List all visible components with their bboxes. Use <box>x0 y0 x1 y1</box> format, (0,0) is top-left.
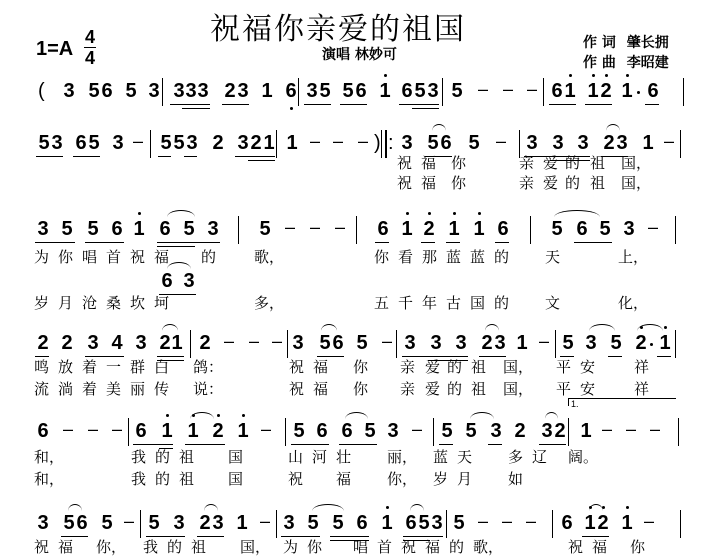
sustain-dash: – <box>249 331 259 352</box>
note: 5 <box>464 420 478 443</box>
note: 2 <box>223 80 237 103</box>
slur <box>589 504 603 511</box>
sustain-dash: – <box>412 419 422 440</box>
lyric-syllable: 年 <box>422 292 437 313</box>
underline-beam <box>248 160 275 161</box>
composer-credit: 作 曲 李昭建 <box>583 52 669 72</box>
barline <box>675 216 676 244</box>
underline-beam <box>235 156 275 157</box>
note: 1 <box>186 420 200 443</box>
note: 2 <box>596 512 610 535</box>
note: 5 <box>86 218 100 241</box>
octave-dot-above <box>626 74 629 77</box>
note: 1 <box>170 332 184 355</box>
key-signature: 1=A <box>36 38 73 61</box>
underline-beam <box>185 444 225 445</box>
note: 5 <box>609 332 623 355</box>
barline <box>683 78 684 106</box>
lyric-syllable: 祝 <box>289 356 304 377</box>
barline <box>140 510 141 538</box>
lyric-syllable: 壮 <box>336 446 351 467</box>
octave-dot-above <box>453 212 456 215</box>
barline <box>356 216 357 244</box>
underline-beam <box>339 444 377 445</box>
note: 3 <box>86 332 100 355</box>
note: 2 <box>480 332 494 355</box>
lyric-syllable: 和， <box>34 446 64 467</box>
lyric-syllable: 的 <box>565 152 580 173</box>
note: 1 <box>378 80 392 103</box>
note: 5 <box>363 420 377 443</box>
time-signature-top: 4 <box>84 28 96 46</box>
barline <box>128 418 129 446</box>
note: 5 <box>440 420 454 443</box>
note: 6 <box>36 420 50 443</box>
lyric-syllable: 的 <box>447 378 462 399</box>
lyric-syllable: 为 <box>34 246 49 267</box>
underline-beam <box>446 242 460 243</box>
barline <box>150 130 151 158</box>
lyric-syllable: 平 <box>556 356 571 377</box>
slur <box>321 324 337 331</box>
sustain-dash: – <box>124 511 134 532</box>
lyric-syllable: 阔。 <box>568 446 598 467</box>
slur <box>162 324 178 331</box>
alt-note: 6 <box>160 270 174 293</box>
note: 3 <box>493 332 507 355</box>
note: 3 <box>584 332 598 355</box>
lyric-syllable: 桑 <box>106 292 121 313</box>
note: 6 <box>134 420 148 443</box>
lyric-syllable: 的 <box>494 292 509 313</box>
lyric-syllable: 你 <box>58 246 73 267</box>
barline <box>442 78 443 106</box>
lyric-syllable: 平 <box>556 378 571 399</box>
barline <box>568 418 569 446</box>
note: 6 <box>331 332 345 355</box>
sustain-dash: – <box>335 217 345 238</box>
octave-dot-above <box>428 212 431 215</box>
octave-dot-above <box>166 414 169 417</box>
lyric-syllable: 岁 <box>433 468 448 489</box>
lyric-syllable: 岁 <box>34 292 49 313</box>
lyric-syllable: 祖 <box>179 446 194 467</box>
note: 5 <box>467 132 481 155</box>
lyric-syllable: 山 <box>288 446 303 467</box>
note: 3 <box>211 512 225 535</box>
lyric-syllable: 福 <box>58 536 73 557</box>
note: 3 <box>454 332 468 355</box>
slur <box>545 412 558 419</box>
song-title: 祝福你亲爱的祖国 <box>210 4 466 48</box>
lyric-syllable: 月 <box>58 292 73 313</box>
sustain-dash: – <box>644 511 654 532</box>
underline-beam <box>158 156 171 157</box>
lyric-syllable: 歌， <box>473 536 503 557</box>
lyric-syllable: 蓝 <box>470 246 485 267</box>
note: 5 <box>306 512 320 535</box>
lyric-syllable: 我 <box>131 446 146 467</box>
note: 5 <box>598 218 612 241</box>
note: 5 <box>182 218 196 241</box>
note: 1 <box>620 80 634 103</box>
note: 3 <box>36 218 50 241</box>
slur <box>485 324 499 331</box>
lyric-syllable: 流 <box>34 378 49 399</box>
barline <box>162 78 163 106</box>
sustain-dash: – <box>539 331 549 352</box>
lyric-syllable: 如 <box>508 468 523 489</box>
note: 3 <box>111 132 125 155</box>
note: 3 <box>147 80 161 103</box>
lyric-syllable: 白 <box>154 356 169 377</box>
sustain-dash: – <box>648 217 658 238</box>
note: 1 <box>515 332 529 355</box>
lyric-syllable: 亲 <box>519 172 534 193</box>
sustain-dash: – <box>88 419 98 440</box>
lyric-syllable: 祝 <box>288 468 303 489</box>
lyric-syllable: 祝 <box>397 152 412 173</box>
lyric-syllable: 你， <box>387 468 417 489</box>
augmentation-dot <box>650 343 653 346</box>
note: 5 <box>172 132 186 155</box>
note: 6 <box>340 420 354 443</box>
lyric-syllable: 放 <box>58 356 73 377</box>
augmentation-dot <box>637 91 640 94</box>
note: 5 <box>37 132 51 155</box>
underline-beam <box>488 444 502 445</box>
lyric-syllable: 和， <box>34 468 64 489</box>
note: 3 <box>426 80 440 103</box>
lyric-syllable: 国， <box>503 378 533 399</box>
lyric-syllable: 着 <box>82 356 97 377</box>
lyric-syllable: 祖 <box>191 536 206 557</box>
barline <box>276 510 277 538</box>
underline-beam <box>340 104 367 105</box>
octave-dot-above <box>478 212 481 215</box>
note: 5 <box>341 80 355 103</box>
note: 6 <box>646 80 660 103</box>
octave-dot-above <box>569 74 572 77</box>
note: 6 <box>376 218 390 241</box>
underline-beam <box>495 242 509 243</box>
note: 3 <box>430 512 444 535</box>
underline-beam <box>291 444 329 445</box>
note: 1 <box>472 218 486 241</box>
lyric-syllable: 鸣 <box>34 356 49 377</box>
lyric-syllable: 千 <box>398 292 413 313</box>
underline-beam <box>36 156 63 157</box>
note: 5 <box>417 512 431 535</box>
underline-beam <box>182 108 210 109</box>
lyric-syllable: 祝 <box>289 378 304 399</box>
lyric-syllable: 的 <box>449 536 464 557</box>
underline-beam <box>412 108 439 109</box>
barline <box>190 330 191 358</box>
note: 1 <box>400 218 414 241</box>
barline <box>555 330 556 358</box>
sustain-dash: – <box>261 419 271 440</box>
note: 1 <box>583 512 597 535</box>
note: 1 <box>586 80 600 103</box>
underline-beam <box>608 356 622 357</box>
octave-dot-above <box>242 414 245 417</box>
lyric-syllable: 天 <box>457 446 472 467</box>
note: 2 <box>422 218 436 241</box>
barline <box>276 130 277 158</box>
note: 6 <box>74 132 88 155</box>
note: 1 <box>235 512 249 535</box>
lyric-syllable: 说： <box>193 378 223 399</box>
slur <box>204 504 218 511</box>
lyric-syllable: 福 <box>336 468 351 489</box>
sustain-dash: – <box>358 131 368 152</box>
underline-beam <box>645 104 659 105</box>
note: 2 <box>211 420 225 443</box>
barline <box>552 510 553 538</box>
underline-beam <box>421 242 435 243</box>
note: 3 <box>386 420 400 443</box>
sustain-dash: – <box>626 419 636 440</box>
lyric-syllable: 多 <box>508 446 523 467</box>
sustain-dash: – <box>285 217 295 238</box>
lyric-syllable: 辽 <box>532 446 547 467</box>
lyric-syllable: 蓝 <box>446 246 461 267</box>
note: 1 <box>160 420 174 443</box>
lyric-syllable: 国， <box>240 536 270 557</box>
sustain-dash: – <box>496 131 506 152</box>
octave-dot-above <box>406 212 409 215</box>
note: 5 <box>60 218 74 241</box>
lyric-syllable: 文 <box>545 292 560 313</box>
underline-beam <box>585 104 612 105</box>
note: 5 <box>355 332 369 355</box>
lyric-syllable: 我 <box>143 536 158 557</box>
lyric-syllable: 的 <box>447 356 462 377</box>
note: 3 <box>185 132 199 155</box>
lyric-syllable: 福 <box>313 378 328 399</box>
lyric-syllable: 亲 <box>400 378 415 399</box>
octave-dot-above <box>386 506 389 509</box>
lyricist-name: 肇长拥 <box>627 35 669 51</box>
lyric-syllable: 五 <box>374 292 389 313</box>
singer-credit: 演唱 林妙可 <box>322 44 397 64</box>
slur <box>167 262 191 269</box>
note: 3 <box>196 80 210 103</box>
lyric-syllable: 祝 <box>397 172 412 193</box>
note: 2 <box>553 420 567 443</box>
note: 1 <box>447 218 461 241</box>
barline <box>298 78 299 106</box>
lyric-syllable: 祝 <box>568 536 583 557</box>
lyric-syllable: 唱 <box>82 246 97 267</box>
lyric-syllable: 淌 <box>58 378 73 399</box>
lyric-syllable: 你， <box>96 536 126 557</box>
lyric-syllable: 首 <box>377 536 392 557</box>
barline <box>396 330 397 358</box>
slur <box>167 210 195 217</box>
lyric-syllable: 你 <box>353 378 368 399</box>
underline-beam <box>73 156 100 157</box>
sustain-dash: – <box>650 419 660 440</box>
lyric-syllable: 国 <box>228 468 243 489</box>
underline-beam <box>439 444 453 445</box>
slur <box>410 504 424 511</box>
note: 5 <box>331 512 345 535</box>
lyric-syllable: 祖 <box>179 468 194 489</box>
alt-note: 3 <box>182 270 196 293</box>
time-signature-bottom: 4 <box>84 49 96 67</box>
note: 6 <box>100 80 114 103</box>
note: 3 <box>622 218 636 241</box>
lyric-syllable: 福 <box>154 246 169 267</box>
note: 6 <box>550 80 564 103</box>
barline <box>287 330 288 358</box>
note: 1 <box>658 332 672 355</box>
note: 3 <box>282 512 296 535</box>
singer-label: 演唱 <box>322 47 350 63</box>
lyric-syllable: 祖 <box>471 378 486 399</box>
slur <box>432 124 446 131</box>
underline-beam <box>85 242 124 243</box>
note: 5 <box>62 512 76 535</box>
sustain-dash: – <box>503 79 513 100</box>
lyric-syllable: 亲 <box>400 356 415 377</box>
lyric-syllable: 着 <box>82 378 97 399</box>
repeat-barline <box>381 130 382 158</box>
sustain-dash: – <box>224 331 234 352</box>
note: 2 <box>60 332 74 355</box>
barline <box>285 418 286 446</box>
lyric-syllable: 爱 <box>425 356 440 377</box>
slur <box>190 412 214 419</box>
note: 5 <box>100 512 114 535</box>
lyric-syllable: 祝 <box>401 536 416 557</box>
note: 5 <box>292 420 306 443</box>
underline-beam <box>304 104 331 105</box>
lyric-syllable: 祥 <box>634 378 649 399</box>
note: 2 <box>634 332 648 355</box>
lyric-syllable: 上， <box>618 246 648 267</box>
volta-bracket-edge <box>568 398 569 406</box>
lyric-syllable: 的 <box>155 446 170 467</box>
note: 5 <box>413 80 427 103</box>
lyric-syllable: 你 <box>353 356 368 377</box>
sustain-dash: – <box>526 511 536 532</box>
lyric-syllable: 国， <box>621 152 651 173</box>
lyric-syllable: 的 <box>155 468 170 489</box>
lyric-syllable: 国， <box>503 356 533 377</box>
lyric-syllable: 鸽： <box>193 356 223 377</box>
sustain-dash: – <box>478 511 488 532</box>
note: 6 <box>354 80 368 103</box>
note: 2 <box>211 132 225 155</box>
note: 3 <box>429 332 443 355</box>
octave-dot-above <box>217 414 220 417</box>
note: 3 <box>540 420 554 443</box>
repeat-dots: : <box>388 132 394 155</box>
note: 3 <box>403 332 417 355</box>
lyric-syllable: 你 <box>451 152 466 173</box>
note: 1 <box>380 512 394 535</box>
sustain-dash: – <box>502 511 512 532</box>
note: 3 <box>291 332 305 355</box>
note: 5 <box>124 80 138 103</box>
sustain-dash: – <box>478 79 488 100</box>
note: 6 <box>404 512 418 535</box>
lyric-syllable: 国 <box>228 446 243 467</box>
note: 5 <box>258 218 272 241</box>
lyric-syllable: 亲 <box>519 152 534 173</box>
barline <box>675 330 676 358</box>
sustain-dash: – <box>602 419 612 440</box>
note: 6 <box>560 512 574 535</box>
lyric-syllable: 的 <box>565 172 580 193</box>
octave-dot-above <box>664 326 667 329</box>
lyric-syllable: 歌， <box>254 246 284 267</box>
lyric-syllable: 美 <box>106 378 121 399</box>
lyricist-credit: 作 词 肇长拥 <box>583 32 669 52</box>
note: 1 <box>262 132 276 155</box>
lyric-syllable: 安 <box>580 378 595 399</box>
lyric-syllable: 天 <box>545 246 560 267</box>
note: 3 <box>236 132 250 155</box>
note: 1 <box>563 80 577 103</box>
note: 6 <box>75 512 89 535</box>
note: 3 <box>50 132 64 155</box>
lyric-syllable: 为 <box>283 536 298 557</box>
note: 6 <box>355 512 369 535</box>
underline-beam <box>539 444 566 445</box>
lyric-syllable: 坷 <box>154 292 169 313</box>
singer-name: 林妙可 <box>355 47 397 63</box>
note: 5 <box>550 218 564 241</box>
note: 1 <box>132 218 146 241</box>
note: 2 <box>599 80 613 103</box>
octave-dot-above <box>138 212 141 215</box>
lyricist-label: 作 词 <box>583 35 616 51</box>
lyric-syllable: 爱 <box>543 172 558 193</box>
note: 5 <box>452 512 466 535</box>
note: 5 <box>87 132 101 155</box>
note: 6 <box>284 80 298 103</box>
lyric-syllable: 福 <box>425 536 440 557</box>
lyric-syllable: 福 <box>421 152 436 173</box>
lyric-syllable: 月 <box>457 468 472 489</box>
note: 2 <box>513 420 527 443</box>
lyric-syllable: 祖 <box>590 172 605 193</box>
note: 5 <box>318 80 332 103</box>
sustain-dash: – <box>664 131 674 152</box>
lyric-syllable: 古 <box>446 292 461 313</box>
barline <box>530 216 531 244</box>
underline-beam <box>375 242 389 243</box>
octave-dot-above <box>640 326 643 329</box>
close-paren: ) <box>374 132 381 155</box>
underline-beam <box>184 156 197 157</box>
sustain-dash: – <box>112 419 122 440</box>
lyric-syllable: 的 <box>494 246 509 267</box>
lyric-syllable: 首 <box>106 246 121 267</box>
note: 5 <box>318 332 332 355</box>
note: 3 <box>172 512 186 535</box>
time-signature: 4 4 <box>84 28 96 67</box>
sustain-dash: – <box>260 511 270 532</box>
slur <box>345 412 368 419</box>
composer-label: 作 曲 <box>583 55 616 71</box>
underline-beam <box>222 104 249 105</box>
slur <box>606 124 620 131</box>
